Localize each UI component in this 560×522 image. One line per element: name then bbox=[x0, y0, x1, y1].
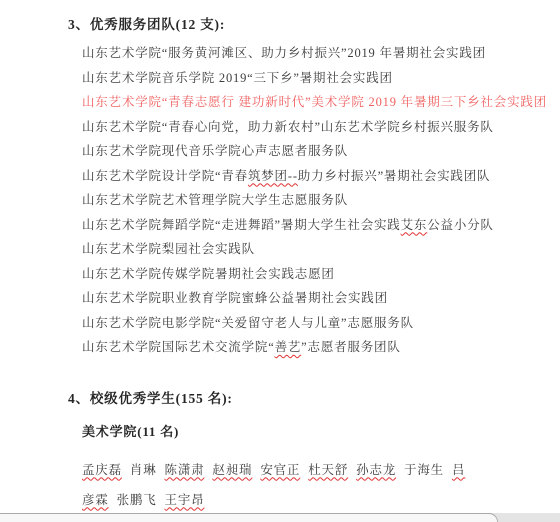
team-item-text: 助力乡村振兴”暑期社会实践团队 bbox=[298, 169, 491, 183]
student-name: 陈潇肃 bbox=[165, 463, 205, 477]
team-item: 山东艺术学院艺术管理学院大学生志愿服务队 bbox=[82, 188, 560, 213]
student-name: 吕 bbox=[452, 463, 465, 477]
name-line: 彦霖张鹏飞王宇昂 bbox=[82, 485, 560, 515]
team-item-text: ”志愿者服务团队 bbox=[301, 340, 400, 354]
section-teams-heading: 3、优秀服务团队(12 支): bbox=[0, 0, 560, 32]
team-item-text: 山东艺术学院“服务黄河滩区、助力乡村振兴”2019 年暑期社会实践团 bbox=[82, 46, 486, 60]
team-item-text: 公益小分队 bbox=[427, 218, 494, 232]
team-item: 山东艺术学院“青春心向党，助力新农村”山东艺术学院乡村振兴服务队 bbox=[82, 115, 560, 140]
team-item: 山东艺术学院设计学院“青春筑梦团--助力乡村振兴”暑期社会实践团队 bbox=[82, 164, 560, 189]
team-item-text: 山东艺术学院设计学院“青春 bbox=[82, 169, 248, 183]
section-students-heading: 4、校级优秀学生(155 名): bbox=[0, 391, 560, 406]
misspelled-text: 筑梦团-- bbox=[248, 169, 298, 183]
bottom-rounded-panel bbox=[0, 513, 498, 522]
team-item: 山东艺术学院国际艺术交流学院“善艺”志愿者服务团队 bbox=[82, 335, 560, 360]
team-item: 山东艺术学院舞蹈学院“走进舞蹈”暑期大学生社会实践艾东公益小分队 bbox=[82, 213, 560, 238]
bottom-strip bbox=[0, 513, 560, 522]
team-item-text: 山东艺术学院传媒学院暑期社会实践志愿团 bbox=[82, 267, 335, 281]
student-name: 赵昶瑞 bbox=[212, 463, 252, 477]
team-item-text: 山东艺术学院艺术管理学院大学生志愿服务队 bbox=[82, 193, 348, 207]
name-line: 孟庆磊肖琳陈潇肃赵昶瑞安官正杜天舒孙志龙于海生吕 bbox=[82, 455, 560, 485]
team-item-text: 山东艺术学院国际艺术交流学院“ bbox=[82, 340, 275, 354]
team-item-text: 山东艺术学院“青春志愿行 建功新时代”美术学院 2019 年暑期三下乡社会实践团 bbox=[82, 95, 547, 109]
misspelled-text: 艾东 bbox=[401, 218, 428, 232]
student-name: 安官正 bbox=[260, 463, 300, 477]
team-item-text: 山东艺术学院舞蹈学院“走进舞蹈”暑期大学生社会实践 bbox=[82, 218, 401, 232]
student-name: 于海生 bbox=[404, 463, 444, 477]
student-name: 王宇昂 bbox=[165, 493, 205, 507]
college-subheading: 美术学院(11 名) bbox=[0, 424, 560, 439]
team-item-text: 山东艺术学院电影学院“关爱留守老人与儿童”志愿服务队 bbox=[82, 316, 414, 330]
team-list: 山东艺术学院“服务黄河滩区、助力乡村振兴”2019 年暑期社会实践团山东艺术学院… bbox=[82, 41, 560, 360]
team-item: 山东艺术学院现代音乐学院心声志愿者服务队 bbox=[82, 139, 560, 164]
document-page[interactable]: 3、优秀服务团队(12 支): 山东艺术学院“服务黄河滩区、助力乡村振兴”201… bbox=[0, 0, 560, 522]
team-item: 山东艺术学院梨园社会实践队 bbox=[82, 237, 560, 262]
student-name: 张鹏飞 bbox=[117, 493, 157, 507]
team-item-text: 山东艺术学院职业教育学院蜜蜂公益暑期社会实践团 bbox=[82, 291, 388, 305]
team-item: 山东艺术学院音乐学院 2019“三下乡”暑期社会实践团 bbox=[82, 66, 560, 91]
student-name: 杜天舒 bbox=[308, 463, 348, 477]
team-item: 山东艺术学院电影学院“关爱留守老人与儿童”志愿服务队 bbox=[82, 311, 560, 336]
team-item: 山东艺术学院“服务黄河滩区、助力乡村振兴”2019 年暑期社会实践团 bbox=[82, 41, 560, 66]
misspelled-text: 善艺 bbox=[275, 340, 302, 354]
team-item-text: 山东艺术学院现代音乐学院心声志愿者服务队 bbox=[82, 144, 348, 158]
student-name: 孟庆磊 bbox=[82, 463, 122, 477]
team-item: 山东艺术学院传媒学院暑期社会实践志愿团 bbox=[82, 262, 560, 287]
team-item: 山东艺术学院职业教育学院蜜蜂公益暑期社会实践团 bbox=[82, 286, 560, 311]
team-item-text: 山东艺术学院“青春心向党，助力新农村”山东艺术学院乡村振兴服务队 bbox=[82, 120, 494, 134]
student-name: 孙志龙 bbox=[356, 463, 396, 477]
student-name: 肖琳 bbox=[130, 463, 157, 477]
team-item: 山东艺术学院“青春志愿行 建功新时代”美术学院 2019 年暑期三下乡社会实践团 bbox=[82, 90, 560, 115]
team-item-text: 山东艺术学院音乐学院 2019“三下乡”暑期社会实践团 bbox=[82, 71, 393, 85]
team-item-text: 山东艺术学院梨园社会实践队 bbox=[82, 242, 255, 256]
student-name-list: 孟庆磊肖琳陈潇肃赵昶瑞安官正杜天舒孙志龙于海生吕彦霖张鹏飞王宇昂 bbox=[82, 455, 560, 515]
student-name: 彦霖 bbox=[82, 493, 109, 507]
